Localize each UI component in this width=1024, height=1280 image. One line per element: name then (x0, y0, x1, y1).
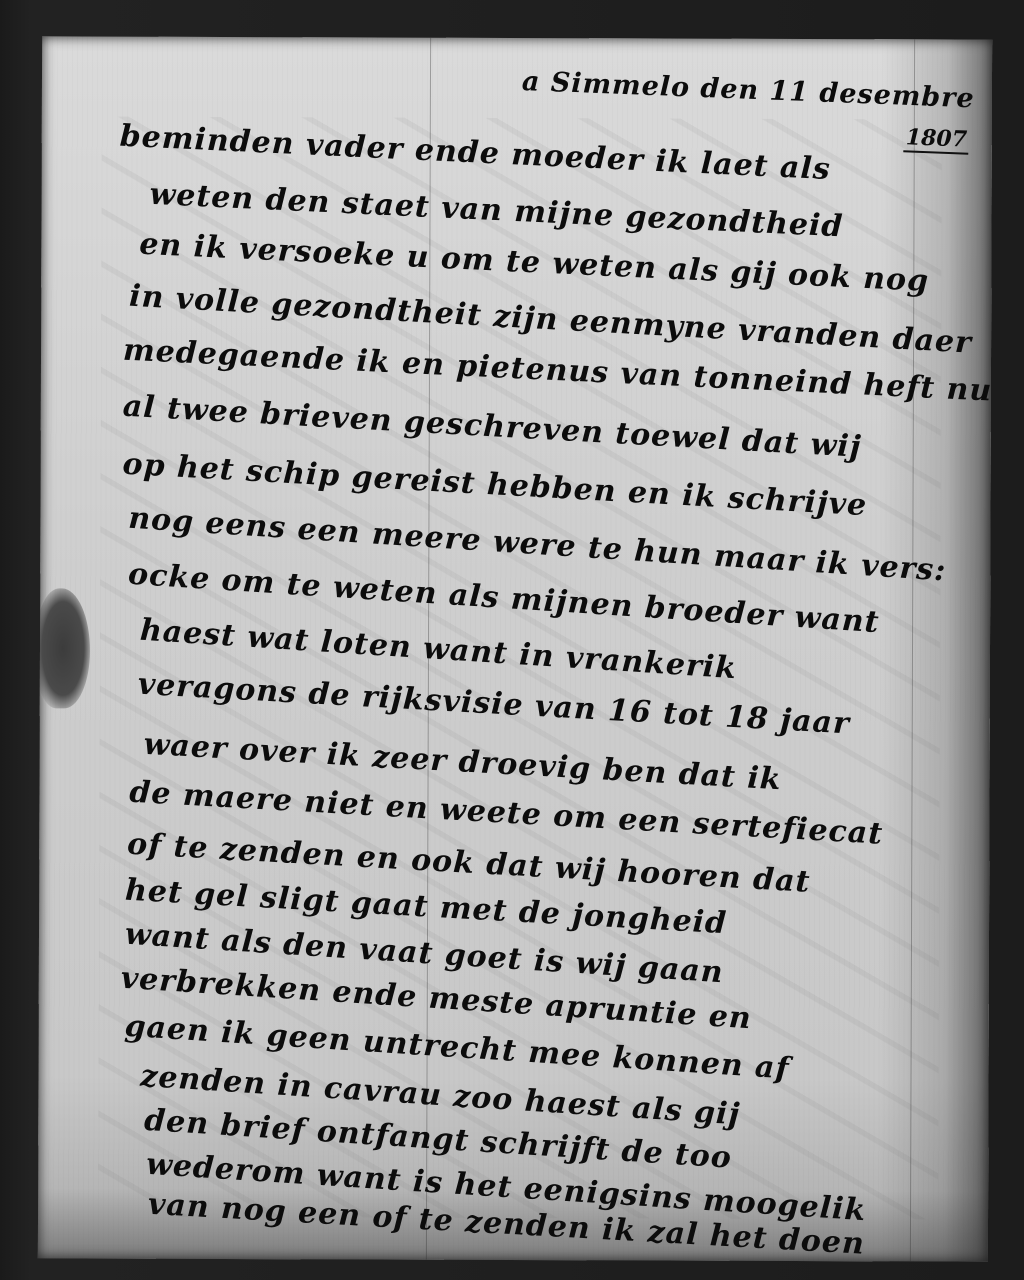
ink-stain (38, 588, 90, 708)
letter-line: beminden vader ende moeder ik laet als (119, 119, 832, 187)
page-edge-shadow (878, 39, 992, 1261)
letter-page: a Simmelo den 11 desembre 1807 beminden … (38, 36, 992, 1261)
letter-line: veragons de rijksvisie van 16 tot 18 jaa… (137, 667, 851, 742)
letter-year: 1807 (903, 124, 969, 154)
